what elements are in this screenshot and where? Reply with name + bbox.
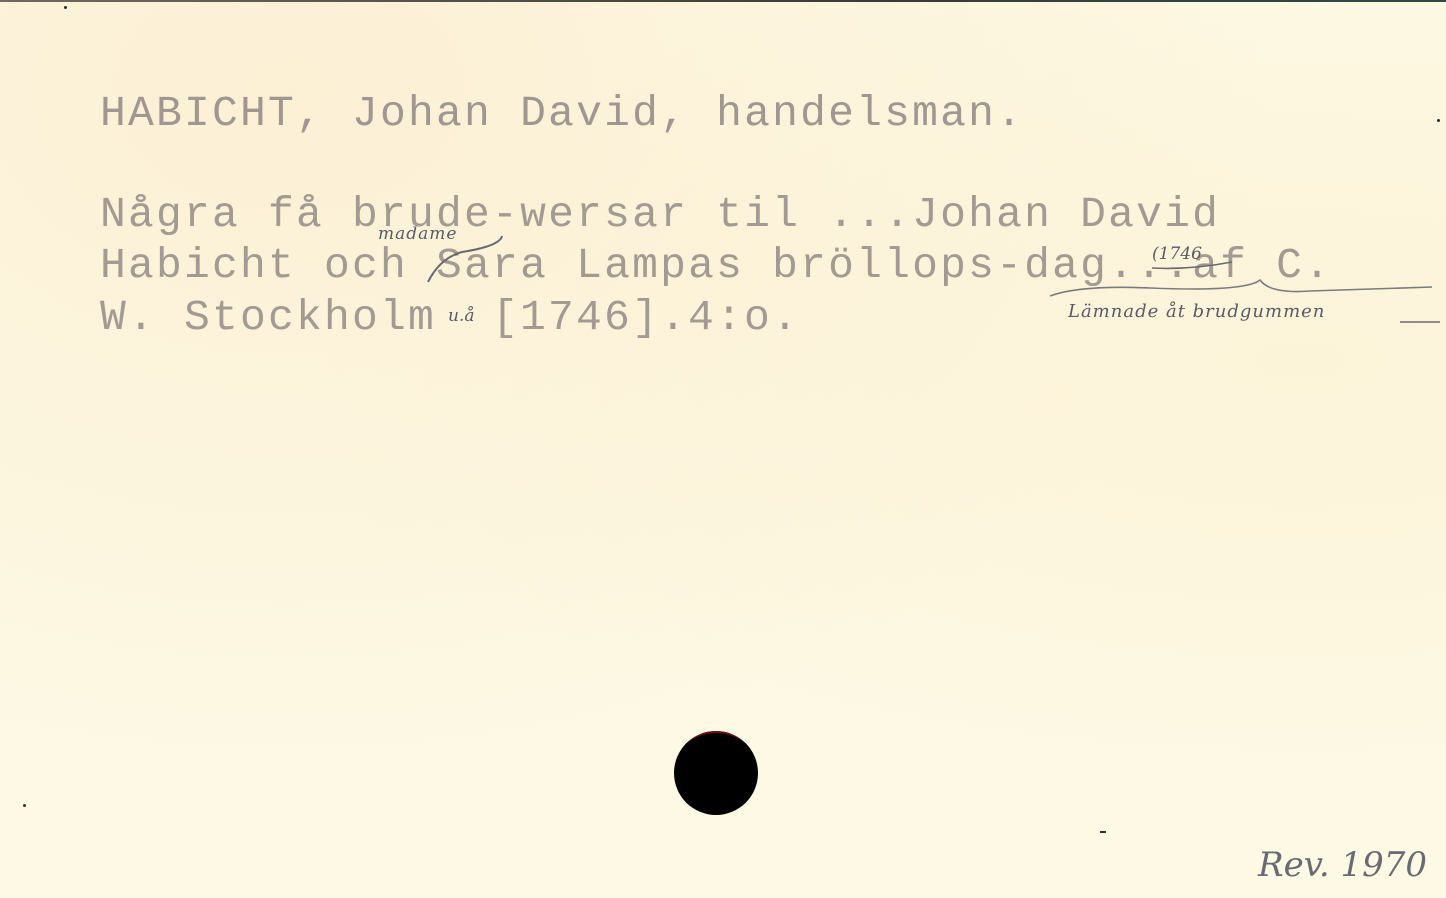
- catalog-card: HABICHT, Johan David, handelsman. Några …: [0, 0, 1446, 898]
- speck: [1437, 119, 1440, 122]
- handwritten-u-a: u.å: [448, 308, 475, 325]
- card-body-line-4: [1746].4:o.: [492, 296, 800, 339]
- punch-hole: [674, 731, 758, 815]
- card-body-line-3: W. Stockholm: [100, 296, 436, 339]
- speck: [64, 6, 67, 9]
- handwritten-year-1746: (1746: [1152, 246, 1202, 263]
- handwritten-margin-note: Lämnade åt brudgummen: [1068, 303, 1325, 321]
- speck: [23, 804, 26, 807]
- card-body-line-1: Några få brude-wersar til ...Johan David: [100, 193, 1220, 236]
- speck: [1100, 831, 1106, 833]
- card-body-line-2: Habicht och Sara Lampas bröllops-dag...a…: [100, 244, 1332, 287]
- card-heading: HABICHT, Johan David, handelsman.: [100, 92, 1024, 135]
- card-top-edge: [0, 0, 1446, 2]
- handwritten-revision: Rev. 1970: [1258, 848, 1427, 882]
- handwritten-madame: madame: [378, 226, 457, 243]
